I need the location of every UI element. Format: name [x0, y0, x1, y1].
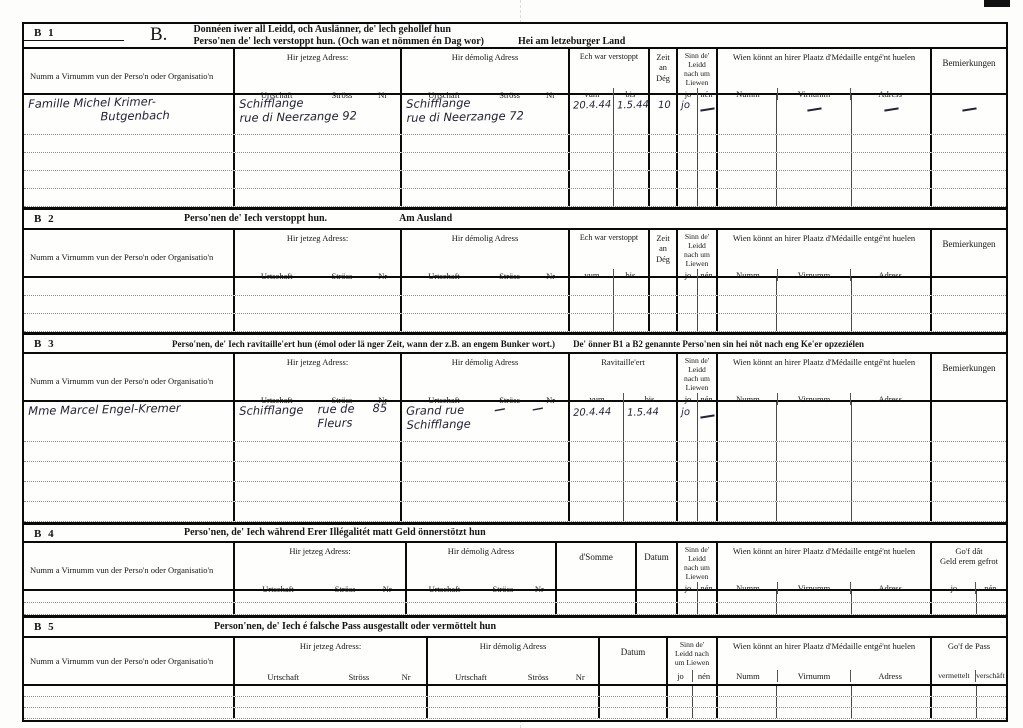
empty-cell	[235, 278, 402, 295]
handwritten-dash: —	[696, 94, 717, 120]
empty-cell	[600, 708, 668, 718]
empty-cell	[235, 442, 402, 461]
empty-cell	[718, 502, 777, 521]
section-b2-title-band: B 2 Perso'nen de' Iech verstoppt hun.Am …	[24, 210, 1006, 230]
col-header-name: Numm a Virnumm vun der Perso'n oder Orga…	[24, 230, 235, 283]
empty-cell	[777, 135, 852, 152]
empty-cell	[698, 442, 718, 461]
empty-cell	[678, 603, 698, 614]
label-jetzeg: Hir jetzeg Adress:	[236, 357, 399, 367]
empty-cell	[718, 153, 777, 170]
empty-cell	[718, 314, 777, 331]
empty-cell	[698, 189, 718, 206]
label-jetzeg: Hir jetzeg Adress:	[236, 52, 399, 62]
col-header-bemierkungen: Bemierkungen	[932, 230, 1006, 283]
section-label: B 1	[24, 24, 124, 41]
empty-cell	[678, 314, 698, 331]
label-sinn: Sinn de' Leidd nach um Liewen	[679, 546, 715, 582]
empty-cell	[402, 314, 570, 331]
empty-cell	[977, 686, 1006, 696]
empty-cell	[718, 482, 777, 501]
empty-cell	[24, 171, 235, 188]
label-virnumm: Virnumm	[777, 670, 851, 682]
label-sinn: Sinn de' Leidd nach um Liewen	[679, 357, 715, 393]
empty-cell	[402, 296, 570, 313]
col-header-wien: Wien könnt an hirer Plaatz d'Médaille en…	[718, 230, 932, 283]
empty-cell	[693, 708, 718, 718]
empty-cell	[932, 314, 1006, 331]
empty-cell	[977, 591, 1006, 602]
empty-cell	[24, 442, 235, 461]
empty-cell	[852, 314, 932, 331]
empty-cell	[570, 482, 624, 501]
cell-numm	[718, 95, 777, 134]
cell-bis: 1.5.44	[624, 402, 678, 441]
handwritten-town-2: Schifflange	[406, 415, 568, 433]
empty-cell	[852, 278, 932, 295]
col-header-jetzeg-adress: Hir jetzeg Adress: UrtschaftStrössNr	[235, 230, 402, 283]
cell-bemierkungen: —	[932, 95, 1006, 134]
empty-cell	[235, 171, 402, 188]
empty-cell	[235, 697, 428, 707]
empty-cell	[402, 502, 570, 521]
empty-cell	[932, 697, 977, 707]
empty-cell	[718, 603, 777, 614]
empty-cell	[718, 296, 777, 313]
empty-cell	[852, 135, 932, 152]
empty-cell	[932, 462, 1006, 481]
empty-cell	[24, 314, 235, 331]
table-row	[24, 135, 1006, 153]
empty-cell	[24, 708, 235, 718]
empty-cell	[402, 278, 570, 295]
section-title: Perso'nen de' Iech verstoppt hun.Am Ausl…	[184, 210, 452, 225]
empty-cell	[718, 462, 777, 481]
empty-cell	[932, 502, 1006, 521]
empty-cell	[777, 296, 852, 313]
empty-cell	[678, 153, 698, 170]
label-jetzeg: Hir jetzeg Adress:	[236, 641, 425, 651]
section-title: Perso'nen, de' Iech ravitaille'ert hun (…	[172, 335, 864, 350]
empty-cell	[698, 482, 718, 501]
handwritten-dash: —	[531, 400, 545, 416]
empty-cell	[614, 296, 650, 313]
empty-cell	[698, 135, 718, 152]
cell-virnumm	[777, 402, 852, 441]
section-b1-body: Famille Michel Krimer-Butgenbach Schiffl…	[24, 95, 1006, 207]
empty-cell	[678, 462, 698, 481]
empty-cell	[668, 686, 693, 696]
empty-cell	[718, 591, 777, 602]
section-label: B 3	[24, 335, 124, 350]
empty-cell	[698, 603, 718, 614]
empty-cell	[678, 278, 698, 295]
empty-cell	[570, 171, 614, 188]
handwritten-street-2: Fleurs	[317, 415, 400, 431]
empty-cell	[777, 708, 852, 718]
handwritten-days: 10	[650, 95, 677, 112]
empty-cell	[678, 591, 698, 602]
empty-cell	[624, 442, 678, 461]
handwritten-dash: —	[776, 89, 853, 123]
label-verstoppt: Ech war verstoppt	[571, 52, 647, 61]
empty-cell	[777, 171, 852, 188]
empty-cell	[235, 502, 402, 521]
section-b3: B 3 Perso'nen, de' Iech ravitaille'ert h…	[24, 332, 1006, 522]
table-row	[24, 697, 1006, 708]
empty-cell	[570, 502, 624, 521]
empty-cell	[24, 135, 235, 152]
cell-zeit: 10	[650, 95, 678, 134]
empty-cell	[235, 708, 428, 718]
col-header-wien: Wien könnt an hirer Plaatz d'Médaille en…	[718, 354, 932, 407]
section-b5-body	[24, 686, 1006, 720]
cell-bis: 1.5.44	[614, 95, 650, 134]
empty-cell	[235, 296, 402, 313]
empty-cell	[698, 591, 718, 602]
col-header-demolig-adress: Hir démolig Adress UrtschaftStrössNr	[407, 543, 557, 596]
col-header-dsomme: d'Somme	[557, 543, 637, 596]
col-header-name: Numm a Virnumm vun der Perso'n oder Orga…	[24, 638, 235, 684]
empty-cell	[932, 189, 1006, 206]
title-suffix: Am Ausland	[399, 213, 452, 224]
empty-cell	[650, 189, 678, 206]
section-b2-column-headers: Numm a Virnumm vun der Perso'n oder Orga…	[24, 230, 1006, 278]
label-deg: Dég	[651, 255, 675, 265]
table-row	[24, 708, 1006, 719]
cell-adress: —	[852, 95, 932, 134]
empty-cell	[852, 482, 932, 501]
label-sinn: Sinn de' Leidd nach um Liewen	[679, 52, 715, 88]
col-header-ravitailleert: Ravitaille'ert vumbis	[570, 354, 678, 407]
label-urtschaft: Urtschaft	[236, 672, 331, 682]
empty-cell	[235, 189, 402, 206]
empty-cell	[235, 135, 402, 152]
empty-cell	[570, 153, 614, 170]
empty-cell	[698, 462, 718, 481]
empty-cell	[977, 603, 1006, 614]
handwritten-street: rue di Neerzange 92	[239, 108, 400, 126]
empty-cell	[932, 603, 977, 614]
scan-corner-mark	[984, 0, 1010, 7]
empty-cell	[932, 278, 1006, 295]
col-header-sinn: Sinn de' Leidd nach um Liewen jonén	[678, 230, 718, 283]
table-row	[24, 153, 1006, 171]
empty-cell	[24, 189, 235, 206]
empty-cell	[614, 314, 650, 331]
label-nr: Nr	[387, 672, 425, 682]
empty-cell	[428, 697, 600, 707]
cell-name: Mme Marcel Engel-Kremer	[24, 402, 235, 441]
empty-cell	[777, 697, 852, 707]
handwritten-street: rue de	[317, 401, 354, 416]
label-wien: Wien könnt an hirer Plaatz d'Médaille en…	[719, 52, 929, 62]
empty-cell	[407, 591, 557, 602]
empty-cell	[693, 686, 718, 696]
label-demolig: Hir démolig Adress	[403, 52, 567, 62]
empty-cell	[777, 278, 852, 295]
cell-vum: 20.4.44	[570, 402, 624, 441]
label-deg: Dég	[651, 74, 675, 84]
section-b4: B 4 Perso'nen, de' Iech während Erer Ill…	[24, 522, 1006, 615]
empty-rows	[24, 135, 1006, 207]
cell-jetzeg: Schifflangerue de85Fleurs	[235, 402, 402, 441]
empty-cell	[614, 171, 650, 188]
section-b4-body	[24, 591, 1006, 615]
table-row	[24, 603, 1006, 615]
empty-cell	[678, 296, 698, 313]
table-row	[24, 278, 1006, 296]
empty-cell	[777, 314, 852, 331]
empty-rows	[24, 278, 1006, 332]
empty-cell	[852, 153, 932, 170]
handwritten-dash: —	[493, 401, 507, 417]
empty-cell	[977, 708, 1006, 718]
handwritten-dash: —	[851, 89, 932, 124]
label-demolig: Hir démolig Adress	[403, 233, 567, 243]
col-header-bemierkungen: Bemierkungen	[932, 354, 1006, 407]
empty-cell	[402, 153, 570, 170]
cell-nen: —	[698, 95, 718, 134]
empty-cell	[402, 462, 570, 481]
section-b5: B 5 Person'nen, de' Iech é falsche Pass …	[24, 615, 1006, 720]
title-line-1: Perso'nen, de' Iech ravitaille'ert hun (…	[172, 339, 555, 349]
empty-cell	[614, 278, 650, 295]
empty-cell	[777, 462, 852, 481]
empty-cell	[650, 153, 678, 170]
title-line-2: Perso'nen de' lech verstoppt hun. (Och w…	[193, 36, 484, 47]
label-gof-geld: Go'f dâtGeld erem gefrot	[933, 546, 1005, 566]
empty-cell	[932, 296, 1006, 313]
section-label: B 5	[24, 618, 124, 633]
empty-cell	[678, 189, 698, 206]
empty-cell	[428, 686, 600, 696]
empty-cell	[624, 462, 678, 481]
label-sinn: Sinn de' Leidd nach um Liewen	[679, 233, 715, 269]
empty-cell	[852, 462, 932, 481]
col-header-name: Numm a Virnumm vun der Perso'n oder Orga…	[24, 543, 235, 596]
empty-cell	[570, 462, 624, 481]
empty-cell	[977, 697, 1006, 707]
empty-cell	[624, 502, 678, 521]
empty-cell	[777, 502, 852, 521]
section-title: Person'nen, de' Iech é falsche Pass ausg…	[214, 618, 496, 633]
empty-cell	[637, 603, 678, 614]
empty-cell	[557, 603, 637, 614]
empty-cell	[693, 697, 718, 707]
title-line: Person'nen, de' Iech é falsche Pass ausg…	[214, 621, 496, 632]
section-b1-column-headers: Numm a Virnumm vun der Perso'n oder Orga…	[24, 49, 1006, 95]
empty-cell	[402, 171, 570, 188]
col-header-gof-pass: Go'f de Pass vermetteltverschäft	[932, 638, 1006, 684]
empty-cell	[932, 171, 1006, 188]
label-wien: Wien könnt an hirer Plaatz d'Médaille en…	[719, 233, 929, 243]
empty-cell	[852, 708, 932, 718]
label-wien: Wien könnt an hirer Plaatz d'Médaille en…	[719, 641, 929, 651]
section-b2: B 2 Perso'nen de' Iech verstoppt hun.Am …	[24, 207, 1006, 332]
empty-cell	[24, 278, 235, 295]
col-header-wien: Wien könnt an hirer Plaatz d'Médaille en…	[718, 543, 932, 596]
empty-cell	[678, 502, 698, 521]
cell-vum: 20.4.44	[570, 95, 614, 134]
section-b5-column-headers: Numm a Virnumm vun der Perso'n oder Orga…	[24, 638, 1006, 686]
cell-numm	[718, 402, 777, 441]
empty-rows	[24, 686, 1006, 719]
table-row	[24, 189, 1006, 207]
table-row: Famille Michel Krimer-Butgenbach Schiffl…	[24, 95, 1006, 135]
empty-cell	[235, 462, 402, 481]
empty-cell	[852, 442, 932, 461]
table-row	[24, 502, 1006, 522]
col-header-sinn: Sinn de' Leidd nach um Liewen jonén	[678, 543, 718, 596]
section-title: Perso'nen, de' Iech während Erer Illégal…	[184, 525, 486, 539]
handwritten-jo: jo	[678, 95, 698, 112]
empty-cell	[570, 442, 624, 461]
label-sinn: Sinn de' Leidd nach um Liewen	[669, 641, 715, 668]
empty-cell	[718, 135, 777, 152]
col-header-verstoppt: Ech war verstoppt vumbis	[570, 230, 650, 283]
registration-form: B 1 B. Donnéen iwer all Leidd, och Auslä…	[22, 22, 1008, 722]
empty-cell	[777, 189, 852, 206]
label-demolig: Hir démolig Adress	[403, 357, 567, 367]
handwritten-name: Mme Marcel Engel-Kremer	[28, 400, 233, 419]
empty-cell	[570, 278, 614, 295]
col-header-datum: Datum	[637, 543, 678, 596]
empty-cell	[650, 278, 678, 295]
cell-jetzeg: Schifflangerue di Neerzange 92	[235, 95, 402, 134]
handwritten-town: Grand rue	[406, 403, 464, 418]
table-row	[24, 686, 1006, 697]
empty-cell	[932, 708, 977, 718]
empty-cell	[852, 171, 932, 188]
label-an: an	[651, 63, 675, 73]
title-line-2: De' önner B1 a B2 genannte Perso'nen sin…	[573, 339, 864, 349]
empty-cell	[24, 462, 235, 481]
empty-cell	[777, 686, 852, 696]
empty-cell	[235, 153, 402, 170]
section-b1-title-band: B 1 B. Donnéen iwer all Leidd, och Auslä…	[24, 24, 1006, 49]
cell-adress	[852, 402, 932, 441]
table-row	[24, 462, 1006, 482]
table-row	[24, 482, 1006, 502]
label-wien: Wien könnt an hirer Plaatz d'Médaille en…	[719, 546, 929, 556]
empty-cell	[698, 314, 718, 331]
empty-cell	[570, 314, 614, 331]
empty-cell	[600, 686, 668, 696]
empty-cell	[698, 153, 718, 170]
handwritten-date-from: 20.4.44	[570, 94, 614, 111]
empty-cell	[614, 189, 650, 206]
empty-cell	[24, 296, 235, 313]
empty-cell	[650, 171, 678, 188]
empty-cell	[24, 697, 235, 707]
handwritten-date-to: 1.5.44	[624, 401, 677, 419]
label-stross: Ströss	[331, 672, 388, 682]
col-header-sinn: Sinn de' Leidd nach um Liewen jonén	[668, 638, 718, 684]
cell-virnumm: —	[777, 95, 852, 134]
empty-cell	[402, 482, 570, 501]
empty-cell	[235, 591, 407, 602]
cell-jo: jo	[678, 95, 698, 134]
empty-cell	[718, 697, 777, 707]
title-line: Perso'nen, de' Iech während Erer Illégal…	[184, 527, 486, 538]
empty-cell	[428, 708, 600, 718]
col-header-jetzeg-adress: Hir jetzeg Adress: UrtschaftStrössNr	[235, 638, 428, 684]
label-urtschaft: Urtschaft	[429, 672, 513, 682]
handwritten-street: rue di Neerzange 72	[406, 108, 568, 126]
section-title: Donnéen iwer all Leidd, och Auslänner, d…	[193, 24, 625, 48]
empty-cell	[852, 189, 932, 206]
empty-cell	[557, 591, 637, 602]
label-verschaft: verschäft	[975, 670, 1005, 682]
empty-cell	[777, 603, 852, 614]
label-ravitailleert: Ravitaille'ert	[571, 357, 675, 367]
label-nr: Nr	[563, 672, 597, 682]
empty-cell	[668, 697, 693, 707]
empty-cell	[570, 135, 614, 152]
empty-cell	[650, 135, 678, 152]
col-header-jetzeg-adress: Hir jetzeg Adress: UrtschaftStrössNr	[235, 543, 407, 596]
table-row	[24, 171, 1006, 189]
empty-cell	[932, 442, 1006, 461]
label-jetzeg: Hir jetzeg Adress:	[236, 233, 399, 243]
empty-cell	[24, 482, 235, 501]
handwritten-dash: —	[931, 89, 1008, 123]
label-an: an	[651, 244, 675, 254]
col-header-wien: Wien könnt an hirer Plaatz d'Médaille en…	[718, 638, 932, 684]
empty-cell	[852, 697, 932, 707]
empty-cell	[650, 296, 678, 313]
empty-cell	[402, 135, 570, 152]
empty-cell	[698, 502, 718, 521]
label-zeit: Zeit	[651, 234, 675, 244]
label-numm: Numm	[719, 670, 777, 682]
empty-cell	[852, 591, 932, 602]
empty-cell	[624, 482, 678, 501]
empty-cell	[698, 171, 718, 188]
empty-cell	[235, 603, 407, 614]
empty-cell	[718, 189, 777, 206]
empty-cell	[777, 591, 852, 602]
empty-cell	[637, 591, 678, 602]
label-jetzeg: Hir jetzeg Adress:	[236, 546, 404, 556]
label-adress: Adress	[850, 670, 929, 682]
label-vermettelt: vermettelt	[933, 670, 975, 682]
section-b4-column-headers: Numm a Virnumm vun der Perso'n oder Orga…	[24, 543, 1006, 591]
cell-demolig: Schifflangerue di Neerzange 72	[402, 95, 570, 134]
col-header-demolig-adress: Hir démolig Adress UrtschaftStrössNr	[428, 638, 600, 684]
empty-cell	[668, 708, 693, 718]
title-suffix: Hei am letzeburger Land	[518, 36, 625, 47]
empty-cell	[852, 686, 932, 696]
handwritten-dash: —	[696, 401, 717, 427]
label-zeit: Zeit	[651, 53, 675, 63]
cell-demolig: Grand rue——Schifflange	[402, 402, 570, 441]
empty-cell	[570, 189, 614, 206]
handwritten-date-to: 1.5.44	[614, 94, 649, 111]
empty-cell	[718, 442, 777, 461]
empty-cell	[614, 135, 650, 152]
cell-nen: —	[698, 402, 718, 441]
empty-cell	[932, 591, 977, 602]
handwritten-date-from: 20.4.44	[570, 401, 624, 419]
empty-cell	[235, 482, 402, 501]
table-row: Mme Marcel Engel-Kremer Schifflangerue d…	[24, 402, 1006, 442]
title-line: Perso'nen de' Iech verstoppt hun.	[184, 213, 327, 224]
cell-bemierkungen	[932, 402, 1006, 441]
section-b4-title-band: B 4 Perso'nen, de' Iech während Erer Ill…	[24, 525, 1006, 543]
table-row	[24, 442, 1006, 462]
